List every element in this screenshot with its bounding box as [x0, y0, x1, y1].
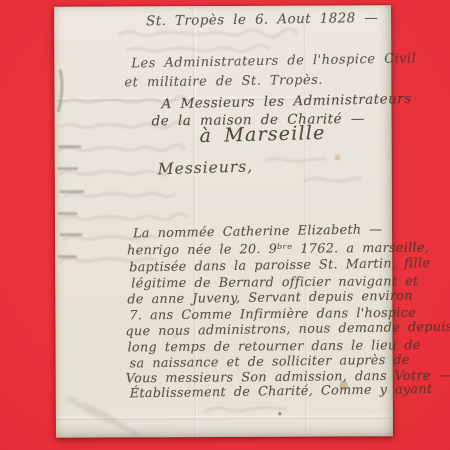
- salutation: Messieurs,: [157, 157, 253, 178]
- sender-line-2: et militaire de St. Tropès.: [124, 73, 323, 91]
- photo-background: St. Tropès le 6. Aout 1828 — Les Adminis…: [0, 0, 450, 450]
- recipient-city: à Marseille: [199, 122, 325, 147]
- letter-paper: St. Tropès le 6. Aout 1828 — Les Adminis…: [54, 5, 393, 437]
- letter-dateline: St. Tropès le 6. Aout 1828 —: [146, 10, 378, 29]
